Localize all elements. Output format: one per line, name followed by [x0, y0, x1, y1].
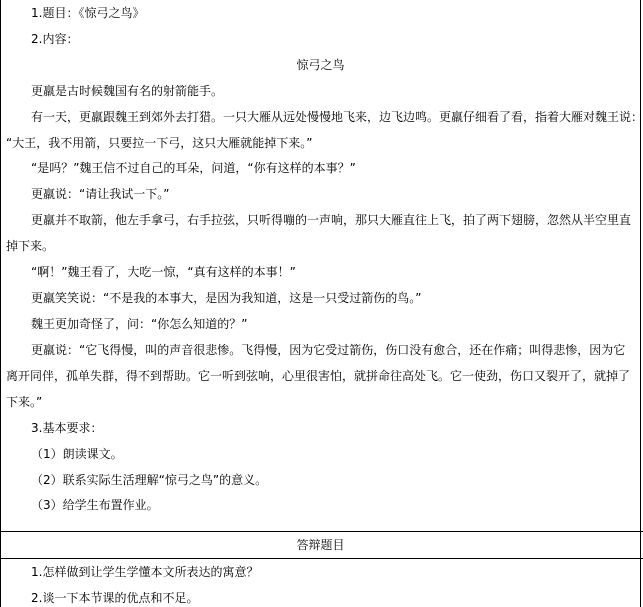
requirement-item: （1）朗读课文。 — [31, 441, 123, 467]
paragraph: 更羸说：“请让我试一下。” — [31, 181, 169, 207]
story-title: 惊弓之鸟 — [0, 52, 641, 78]
paragraph: 魏王更加奇怪了，问：“你怎么知道的？” — [31, 311, 247, 337]
paragraph: “是吗？”魏王信不过自己的耳朵，问道，“你有这样的本事？” — [31, 155, 356, 181]
paragraph-continuation: 离开同伴，孤单失群，得不到帮助。它一听到弦响，心里很害怕，就拼命往高处飞。它一使… — [6, 363, 630, 389]
content-heading: 2.内容： — [31, 26, 78, 52]
paragraph: 更羸并不取箭，他左手拿弓，右手拉弦，只听得嘣的一声响，那只大雁直往上飞，拍了两下… — [31, 207, 631, 233]
paragraph-continuation: 下来。” — [6, 389, 42, 415]
paragraph-continuation: 掉下来。 — [6, 233, 54, 259]
requirements-heading: 3.基本要求： — [31, 415, 102, 441]
paragraph: “啊！”魏王看了，大吃一惊，“真有这样的本事！” — [31, 259, 296, 285]
defense-heading: 答辩题目 — [0, 532, 641, 558]
requirement-item: （2）联系实际生活理解“惊弓之鸟”的意义。 — [31, 467, 267, 493]
defense-question: 1.怎样做到让学生学懂本文所表达的寓意？ — [31, 559, 258, 585]
paragraph-continuation: “大王，我不用箭，只要拉一下弓，这只大雁就能掉下来。” — [6, 130, 312, 156]
paragraph: 更羸是古时候魏国有名的射箭能手。 — [31, 78, 223, 104]
defense-question: 2.谈一下本节课的优点和不足。 — [31, 585, 198, 607]
requirement-item: （3）给学生布置作业。 — [31, 492, 159, 518]
paragraph: 有一天，更羸跟魏王到郊外去打猎。一只大雁从远处慢慢地飞来，边飞边鸣。更羸仔细看了… — [31, 104, 643, 130]
paragraph: 更羸说：“它飞得慢，叫的声音很悲惨。飞得慢，因为它受过箭伤，伤口没有愈合，还在作… — [31, 337, 625, 363]
paragraph: 更羸笑笑说：“不是我的本事大，是因为我知道，这是一只受过箭伤的鸟。” — [31, 285, 421, 311]
topic-heading: 1.题目：《惊弓之鸟》 — [31, 0, 144, 26]
